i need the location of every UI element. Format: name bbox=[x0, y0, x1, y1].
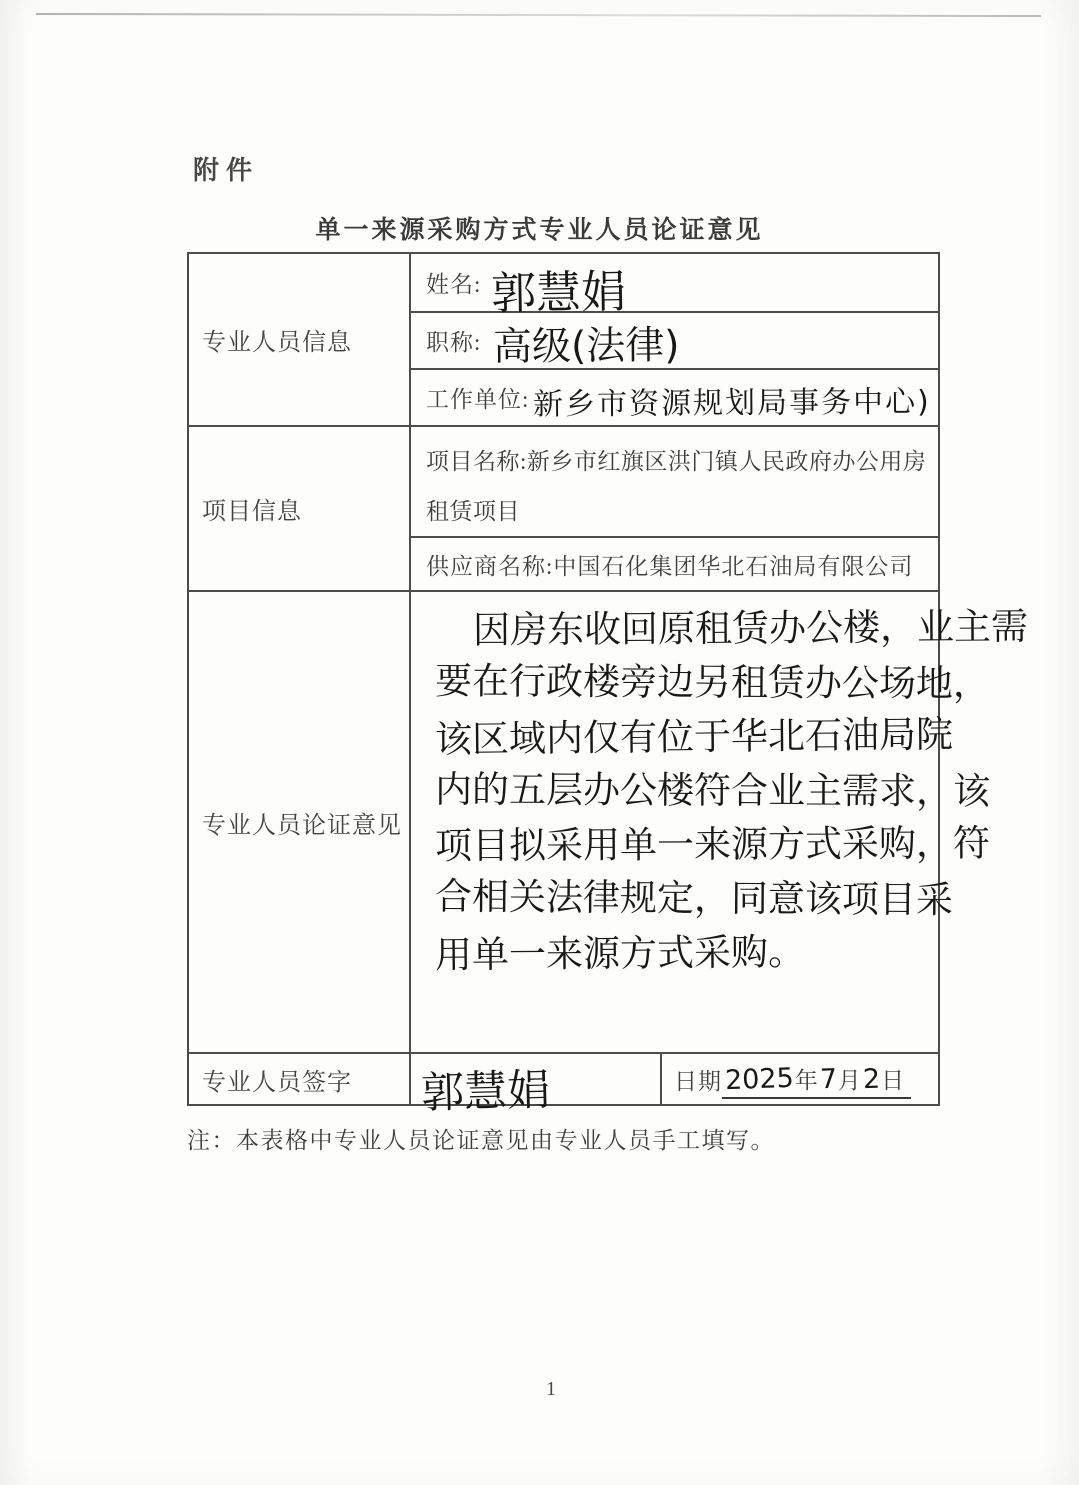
date-fill-in-line: 2025 年 7 月 2 日 bbox=[722, 1062, 911, 1099]
name-label: 姓名: bbox=[426, 266, 481, 299]
date-year-unit-label: 年 bbox=[795, 1062, 819, 1095]
date-prefix-label: 日期 bbox=[674, 1063, 722, 1096]
signature-handwritten-value: 郭慧娟 bbox=[420, 1056, 551, 1120]
work-unit-handwritten-value: 新乡市资源规划局事务中心) bbox=[533, 376, 931, 423]
date-cell: 日期 2025 年 7 月 2 日 bbox=[662, 1054, 938, 1104]
name-handwritten-value: 郭慧娟 bbox=[491, 255, 627, 322]
opinion-line: 因房东收回原租赁办公楼，业主需 bbox=[435, 600, 1028, 658]
title-handwritten-value: 高级(法律) bbox=[493, 314, 680, 372]
table-row-opinion: 专业人员论证意见 因房东收回原租赁办公楼，业主需 要在行政楼旁边另租赁办公场地，… bbox=[189, 590, 938, 1052]
title-label: 职称: bbox=[426, 324, 481, 357]
row-label-personnel-info: 专业人员信息 bbox=[189, 254, 411, 425]
form-table: 专业人员信息 姓名: 郭慧娟 职称: 高级(法律) 工作单位: 新乡市资源规划局… bbox=[187, 252, 940, 1106]
personnel-fields: 姓名: 郭慧娟 职称: 高级(法律) 工作单位: 新乡市资源规划局事务中心) bbox=[411, 254, 938, 425]
date-year-handwritten: 2025 bbox=[724, 1062, 794, 1095]
table-row-signature: 专业人员签字 郭慧娟 日期 2025 年 7 月 2 日 bbox=[189, 1052, 938, 1104]
opinion-line: 要在行政楼旁边另租赁办公场地， bbox=[435, 654, 1028, 711]
project-fields: 项目名称:新乡市红旗区洪门镇人民政府办公用房租赁项目 供应商名称: 中国石化集团… bbox=[411, 427, 938, 590]
field-title: 职称: 高级(法律) bbox=[411, 311, 938, 368]
attachment-label: 附件 bbox=[193, 150, 259, 187]
date-day-handwritten: 2 bbox=[862, 1063, 880, 1095]
footnote: 注：本表格中专业人员论证意见由专业人员手工填写。 bbox=[187, 1122, 775, 1155]
date-month-unit-label: 月 bbox=[838, 1062, 862, 1095]
field-project-name: 项目名称:新乡市红旗区洪门镇人民政府办公用房租赁项目 bbox=[411, 427, 938, 536]
opinion-line: 合相关法律规定，同意该项目采 bbox=[435, 870, 1028, 928]
field-name: 姓名: 郭慧娟 bbox=[411, 254, 938, 311]
date-month-handwritten: 7 bbox=[819, 1063, 837, 1095]
page-number: 1 bbox=[546, 1378, 556, 1401]
supplier-value: 中国石化集团华北石油局有限公司 bbox=[553, 548, 913, 581]
table-row-personnel: 专业人员信息 姓名: 郭慧娟 职称: 高级(法律) 工作单位: 新乡市资源规划局… bbox=[189, 254, 938, 425]
signature-cell: 郭慧娟 bbox=[411, 1054, 662, 1104]
scan-artifact-line bbox=[36, 13, 1041, 17]
supplier-label: 供应商名称: bbox=[426, 548, 553, 581]
field-supplier: 供应商名称: 中国石化集团华北石油局有限公司 bbox=[411, 536, 938, 590]
row-label-opinion: 专业人员论证意见 bbox=[189, 592, 411, 1052]
work-unit-label: 工作单位: bbox=[426, 381, 529, 414]
opinion-handwritten-text: 因房东收回原租赁办公楼，业主需 要在行政楼旁边另租赁办公场地， 该区域内仅有位于… bbox=[411, 592, 1042, 1052]
opinion-line: 项目拟采用单一来源方式采购，符 bbox=[435, 816, 1028, 873]
opinion-line: 内的五层办公楼符合业主需求，该 bbox=[435, 763, 1028, 819]
opinion-line: 该区域内仅有位于华北石油局院 bbox=[435, 707, 1029, 767]
opinion-line: 用单一来源方式采购。 bbox=[435, 923, 1028, 982]
date-day-unit-label: 日 bbox=[881, 1062, 905, 1095]
scanned-document-page: 附件 单一来源采购方式专业人员论证意见 专业人员信息 姓名: 郭慧娟 职称: 高… bbox=[0, 0, 1079, 1485]
table-row-project: 项目信息 项目名称:新乡市红旗区洪门镇人民政府办公用房租赁项目 供应商名称: 中… bbox=[189, 425, 938, 590]
row-label-project-info: 项目信息 bbox=[189, 427, 411, 590]
document-title: 单一来源采购方式专业人员论证意见 bbox=[0, 210, 1079, 246]
row-label-signature: 专业人员签字 bbox=[189, 1054, 411, 1104]
field-work-unit: 工作单位: 新乡市资源规划局事务中心) bbox=[411, 368, 938, 425]
